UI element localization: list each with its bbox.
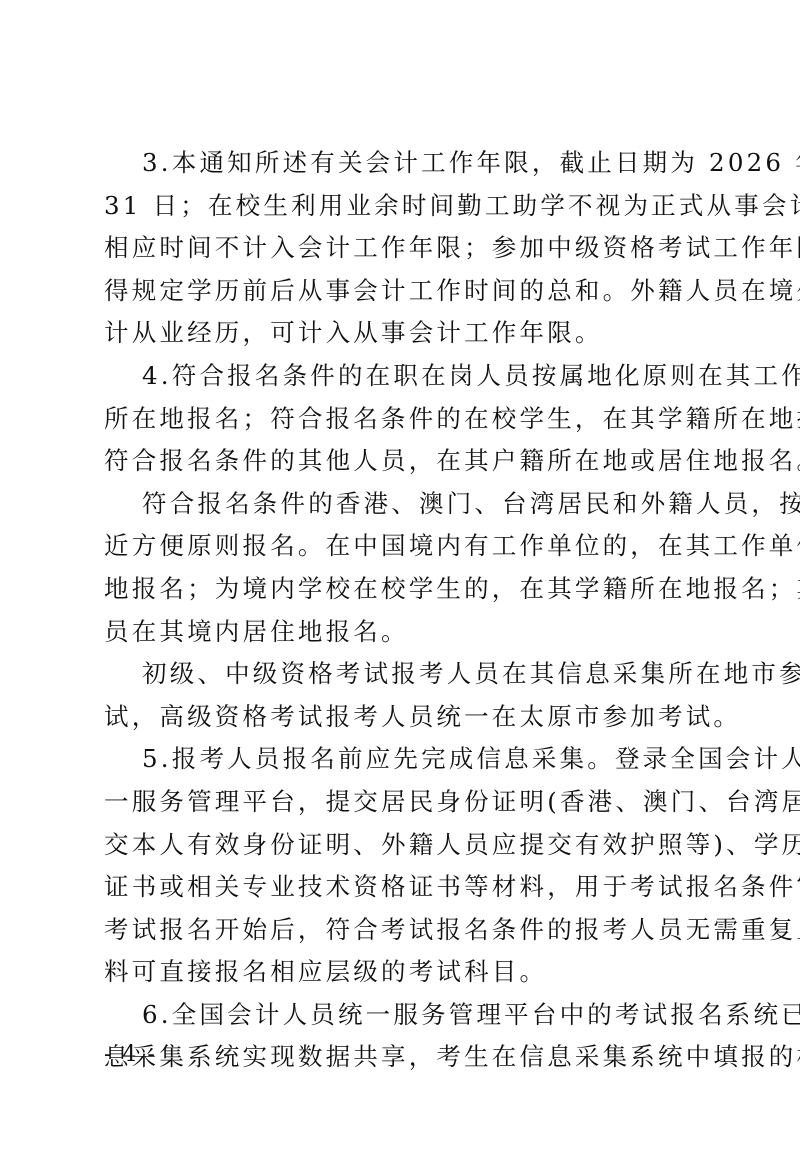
text-line: 所在地报名；符合报名条件的在校学生，在其学籍所在地报名； [104,398,700,441]
text-line: 6.全国会计人员统一服务管理平台中的考试报名系统已与信 [104,994,700,1037]
text-line: 4.符合报名条件的在职在岗人员按属地化原则在其工作单位 [104,355,700,398]
text-line: 初级、中级资格考试报考人员在其信息采集所在地市参加考 [104,653,700,696]
paragraph-item-4: 4.符合报名条件的在职在岗人员按属地化原则在其工作单位 所在地报名；符合报名条件… [104,355,700,483]
text-line: 符合报名条件的其他人员，在其户籍所在地或居住地报名。 [104,440,700,483]
document-body: 3.本通知所述有关会计工作年限，截止日期为 2026 年 12 月 31 日；在… [104,142,700,1079]
text-line: 计从业经历，可计入从事会计工作年限。 [104,312,700,355]
paragraph-item-3: 3.本通知所述有关会计工作年限，截止日期为 2026 年 12 月 31 日；在… [104,142,700,355]
text-line: 考试报名开始后，符合考试报名条件的报考人员无需重复上传材 [104,909,700,952]
text-line: 员在其境内居住地报名。 [104,611,700,654]
text-line: 交本人有效身份证明、外籍人员应提交有效护照等)、学历或学位 [104,824,700,867]
text-line: 31 日；在校生利用业余时间勤工助学不视为正式从事会计工作， [104,185,700,228]
text-line: 5.报考人员报名前应先完成信息采集。登录全国会计人员统 [104,738,700,781]
paragraph-hk-macao-taiwan: 符合报名条件的香港、澳门、台湾居民和外籍人员，按照就 近方便原则报名。在中国境内… [104,483,700,653]
text-line: 料可直接报名相应层级的考试科目。 [104,951,700,994]
text-line: 息采集系统实现数据共享，考生在信息采集系统中填报的相关信 [104,1036,700,1079]
text-line: 相应时间不计入会计工作年限；参加中级资格考试工作年限为取 [104,227,700,270]
text-line: 近方便原则报名。在中国境内有工作单位的，在其工作单位所在 [104,525,700,568]
text-line: 一服务管理平台，提交居民身份证明(香港、澳门、台湾居民应提 [104,781,700,824]
text-line: 3.本通知所述有关会计工作年限，截止日期为 2026 年 12 月 [104,142,700,185]
paragraph-item-5: 5.报考人员报名前应先完成信息采集。登录全国会计人员统 一服务管理平台，提交居民… [104,738,700,994]
text-line: 符合报名条件的香港、澳门、台湾居民和外籍人员，按照就 [104,483,700,526]
text-line: 地报名；为境内学校在校学生的，在其学籍所在地报名；其他人 [104,568,700,611]
document-page: 3.本通知所述有关会计工作年限，截止日期为 2026 年 12 月 31 日；在… [0,0,800,1165]
text-line: 得规定学历前后从事会计工作时间的总和。外籍人员在境外的会 [104,270,700,313]
paragraph-item-6: 6.全国会计人员统一服务管理平台中的考试报名系统已与信 息采集系统实现数据共享，… [104,994,700,1079]
text-line: 试，高级资格考试报考人员统一在太原市参加考试。 [104,696,700,739]
text-line: 证书或相关专业技术资格证书等材料，用于考试报名条件审核。 [104,866,700,909]
paragraph-exam-location: 初级、中级资格考试报考人员在其信息采集所在地市参加考 试，高级资格考试报考人员统… [104,653,700,738]
page-number: - 4 - [104,1042,157,1067]
